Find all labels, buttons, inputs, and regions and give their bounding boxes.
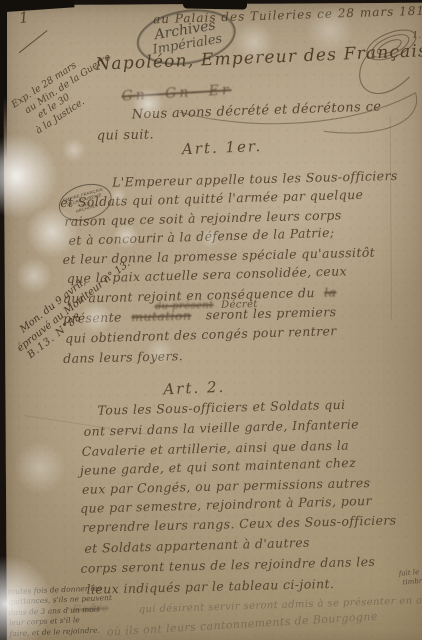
preamble-line: qui suit.	[97, 127, 154, 143]
struck-word: la	[324, 284, 337, 299]
margin-note-right: fait le timbre	[398, 567, 422, 586]
margin-note-bottom-left: toutes fois de donner les quittances, s'…	[8, 583, 114, 639]
struck-word: mutation	[131, 308, 192, 325]
paraph-number: 1.	[412, 31, 421, 41]
article1-line: dans leurs foyers.	[63, 348, 183, 366]
manuscript-photo: 1 au Palais des Tuileries ce 28 mars 181…	[0, 0, 422, 640]
article2-heading: Art. 2.	[163, 378, 226, 399]
background-edge-top-center	[183, 0, 247, 10]
article1-heading: Art. 1er.	[182, 137, 263, 158]
manuscript-page: 1 au Palais des Tuileries ce 28 mars 181…	[3, 3, 422, 640]
background-edge-left	[0, 0, 7, 160]
